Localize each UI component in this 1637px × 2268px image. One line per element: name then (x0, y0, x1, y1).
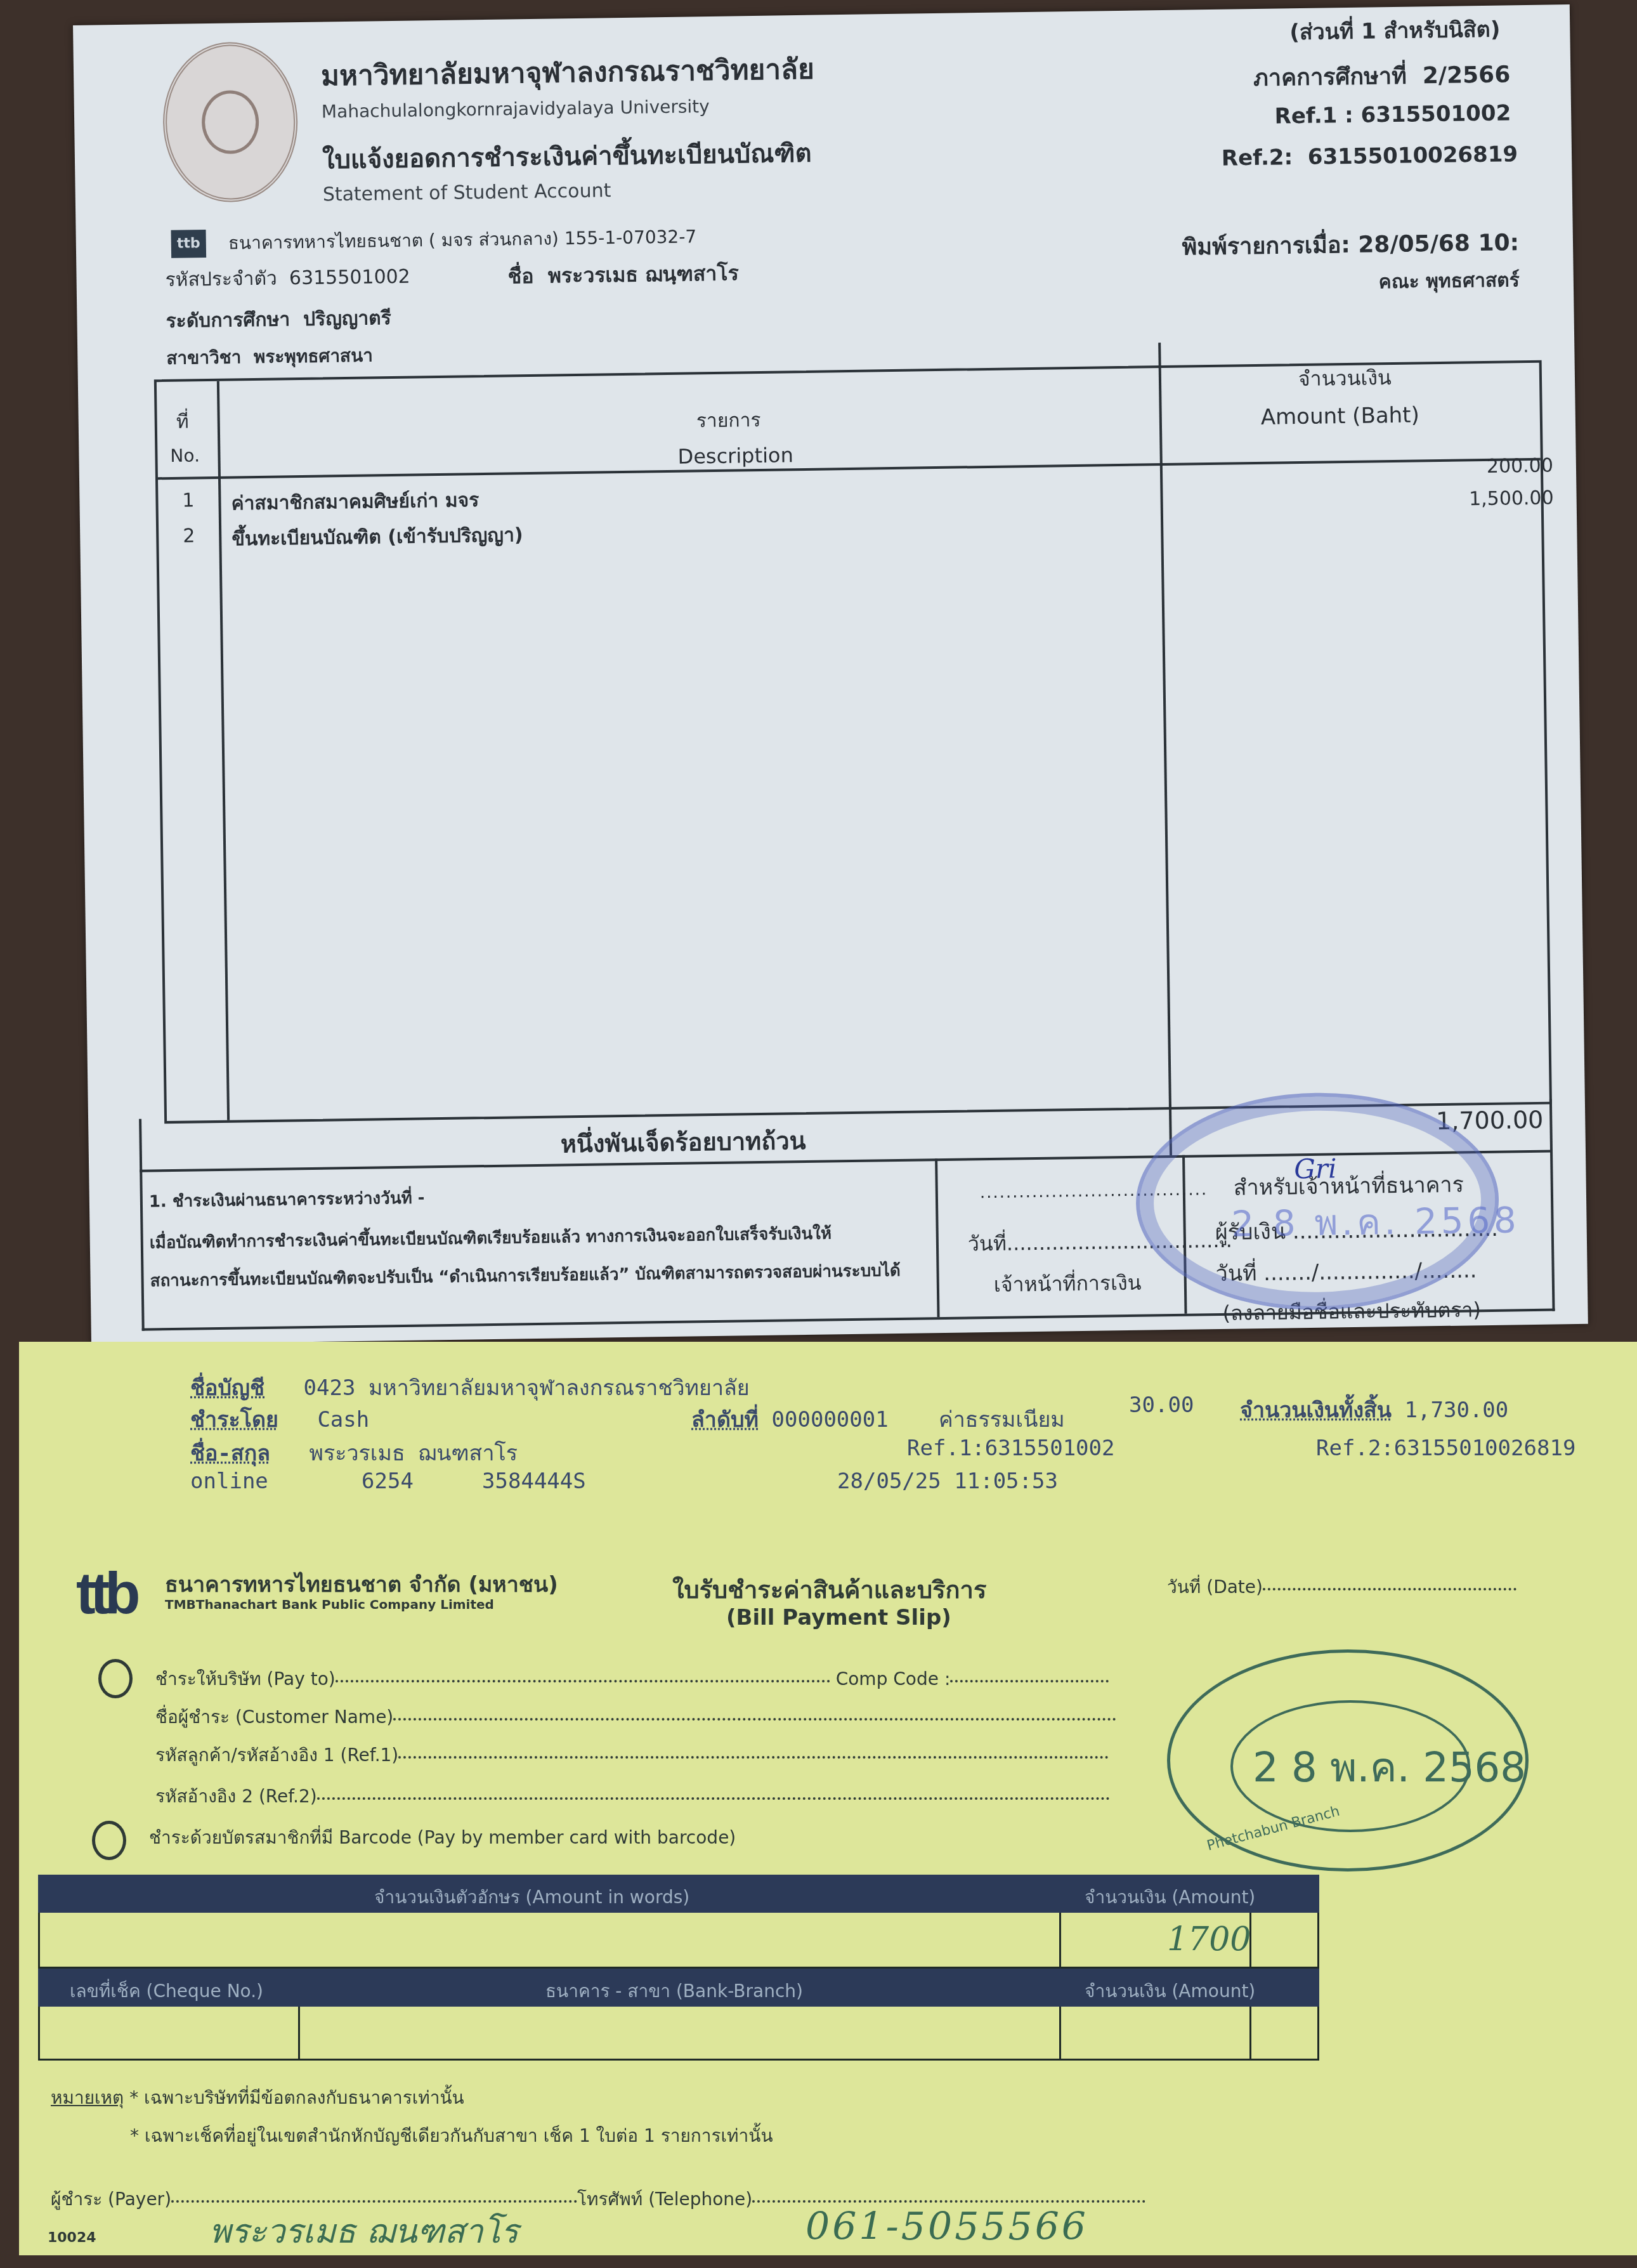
bank-stamp-date: 2 8 พ.ค. 2568 (1231, 1191, 1520, 1252)
printed-total: จำนวนเงินทั้งสิ้น 1,730.00 (1240, 1393, 1508, 1427)
major: สาขาวิชา พระพุทธศาสนา (166, 341, 373, 372)
header-desc-th: รายการ (696, 405, 760, 436)
amount-header: จำนวนเงิน (Amount) (1085, 1884, 1255, 1911)
printed-sequence: ลำดับที่ 000000001 (691, 1402, 889, 1436)
printed-fee-label: ค่าธรรมเนียม (939, 1402, 1065, 1436)
receiver-signature: Gri (1294, 1153, 1337, 1184)
member-card-radio[interactable] (92, 1821, 126, 1860)
slip-title-th: ใบรับชำระค่าสินค้าและบริการ (672, 1570, 986, 1609)
bank-name-en: TMBThanachart Bank Public Company Limite… (165, 1597, 494, 1612)
remark-2: * เฉพาะเช็คที่อยู่ในเขตสำนักหักบัญชีเดีย… (130, 2122, 773, 2150)
total-in-words: หนึ่งพันเจ็ดร้อยบาทถ้วน (560, 1121, 806, 1163)
telephone-handwritten: 061-5055566 (805, 2205, 1088, 2249)
amount-words-header: จำนวนเงินตัวอักษร (Amount in words) (374, 1884, 689, 1911)
pay-to-field[interactable]: ชำระให้บริษัท (Pay to) Comp Code : (155, 1665, 1109, 1693)
ref1: Ref.1 : 6315501002 (1274, 100, 1511, 129)
remark-1: หมายเหตุ * เฉพาะบริษัทที่มีข้อตกลงกับธนา… (51, 2084, 464, 2112)
remark-label: หมายเหตุ (51, 2087, 124, 2108)
header-amount-th: จำนวนเงิน (1298, 362, 1392, 395)
row-amount: 1,500.00 (1469, 487, 1554, 510)
semester-value: 2/2566 (1423, 62, 1511, 89)
statement-title-th: ใบแจ้งยอดการชำระเงินค่าขึ้นทะเบียนบัณฑิต (322, 133, 812, 180)
copy-part-label: (ส่วนที่ 1 สำหรับนิสิต) (1289, 12, 1501, 49)
major-label: สาขาวิชา (166, 346, 242, 369)
semester: ภาคการศึกษาที่ 2/2566 (1253, 56, 1511, 96)
fee-table: ที่ No. รายการ Description จำนวนเงิน Amo… (154, 360, 1552, 1124)
row-description: ขึ้นทะเบียนบัณฑิต (เข้ารับปริญญา) (232, 520, 523, 554)
pay-to-company-radio[interactable] (98, 1659, 133, 1698)
ref2: Ref.2: 63155010026819 (1222, 141, 1518, 171)
faculty-value: พุทธศาสตร์ (1426, 269, 1520, 292)
semester-label: ภาคการศึกษาที่ (1253, 63, 1407, 91)
payment-note: เมื่อบัณฑิตทำการชำระเงินค่าขึ้นทะเบียนบั… (150, 1220, 832, 1255)
university-name-th: มหาวิทยาลัยมหาจุฬาลงกรณราชวิทยาลัย (321, 47, 815, 98)
payer-label: ผู้ชำระ (Payer) (51, 2189, 171, 2210)
ref2-label: Ref.2: (1222, 145, 1293, 171)
education-level-value: ปริญญาตรี (303, 307, 391, 331)
student-name-label: ชื่อ (507, 264, 533, 289)
printed-teller: 3584444S (482, 1469, 586, 1494)
member-card-label: ชำระด้วยบัตรสมาชิกที่มี Barcode (Pay by … (149, 1824, 736, 1852)
ttb-logo-icon: ttb (76, 1561, 135, 1627)
payment-note: 1. ชำระเงินผ่านธนาคารระหว่างวันที่ - (149, 1184, 425, 1214)
header-amount-en: Amount (Baht) (1261, 402, 1420, 429)
row-description: ค่าสมาชิกสมาคมศิษย์เก่า มจร (231, 485, 479, 518)
ttb-logo-icon: ttb (171, 230, 207, 258)
ref2-value: 63155010026819 (1308, 141, 1518, 170)
row-no: 2 (183, 525, 195, 547)
printed-ref1: Ref.1:6315501002 (907, 1436, 1115, 1461)
payer-handwritten: พระวรเมธ ฌนฑสาโร (209, 2205, 519, 2257)
ref2-field[interactable]: รหัสอ้างอิง 2 (Ref.2) (155, 1783, 1110, 1811)
slip-date-field[interactable]: วันที่ (Date) (1167, 1573, 1516, 1601)
printed-channel: online (190, 1469, 268, 1494)
header-desc-en: Description (677, 443, 793, 469)
printed-ref2: Ref.2:63155010026819 (1316, 1436, 1575, 1461)
printed-value: 28/05/68 10: (1358, 230, 1519, 258)
education-level-label: ระดับการศึกษา (166, 308, 290, 332)
university-seal-icon (162, 41, 298, 203)
cheque-no-header: เลขที่เช็ค (Cheque No.) (70, 1977, 263, 2005)
pay-to-label: ชำระให้บริษัท (Pay to) (155, 1668, 336, 1689)
form-number: 10024 (48, 2230, 96, 2246)
student-account-statement: มหาวิทยาลัยมหาจุฬาลงกรณราชวิทยาลัย Mahac… (73, 4, 1588, 1345)
customer-name-label: ชื่อผู้ชำระ (Customer Name) (155, 1707, 393, 1727)
ref1-label: รหัสลูกค้า/รหัสอ้างอิง 1 (Ref.1) (155, 1745, 398, 1766)
university-name-en: Mahachulalongkornrajavidyalaya Universit… (322, 96, 710, 122)
customer-name-field[interactable]: ชื่อผู้ชำระ (Customer Name) (155, 1703, 1116, 1731)
row-no: 1 (182, 489, 195, 511)
printed-account: ชื่อบัญชี 0423 มหาวิทยาลัยมหาจุฬาลงกรณรา… (190, 1370, 750, 1405)
header-no-en: No. (170, 445, 200, 466)
comp-code-label: Comp Code : (836, 1668, 951, 1689)
student-name-value: พระวรเมธ ฌนฺฑสาโร (548, 261, 739, 287)
student-name: ชื่อ พระวรเมธ ฌนฺฑสาโร (507, 257, 739, 292)
major-value: พระพุทธศาสนา (254, 344, 373, 367)
faculty-label: คณะ (1378, 270, 1419, 293)
amount-table: จำนวนเงินตัวอักษร (Amount in words) จำนว… (38, 1875, 1319, 2106)
printed-fee: 30.00 (1129, 1393, 1194, 1418)
student-id-value: 6315501002 (289, 266, 410, 290)
printed-branch: 6254 (362, 1469, 414, 1494)
ref2-label: รหัสอ้างอิง 2 (Ref.2) (155, 1786, 317, 1807)
bank-account: ธนาคารทหารไทยธนชาต ( มจร ส่วนกลาง) 155-1… (228, 223, 697, 257)
printed-label: พิมพ์รายการเมื่อ: (1182, 232, 1350, 261)
header-no-th: ที่ (176, 407, 188, 437)
stamp-date: 2 8 พ.ค. 2568 (1253, 1735, 1526, 1800)
telephone-label: โทรศัพท์ (Telephone) (577, 2189, 752, 2210)
statement-title-en: Statement of Student Account (323, 180, 611, 206)
cheque-header-bar: เลขที่เช็ค (Cheque No.) ธนาคาร - สาขา (B… (38, 1969, 1319, 2007)
amount-words-input[interactable] (38, 1913, 1319, 1969)
amount-header-2: จำนวนเงิน (Amount) (1085, 1977, 1255, 2005)
slip-date-label: วันที่ (Date) (1167, 1576, 1263, 1597)
amount-handwritten: 1700 (1167, 1920, 1251, 1958)
row-amount: 200.00 (1487, 454, 1553, 477)
amount-header-bar: จำนวนเงินตัวอักษร (Amount in words) จำนว… (38, 1875, 1319, 1913)
student-id-label: รหัสประจำตัว (165, 268, 277, 291)
ref1-value: 6315501002 (1360, 100, 1511, 128)
ref1-label: Ref.1 : (1274, 103, 1353, 129)
slip-title-en: (Bill Payment Slip) (726, 1605, 951, 1630)
ref1-field[interactable]: รหัสลูกค้า/รหัสอ้างอิง 1 (Ref.1) (155, 1741, 1109, 1769)
bank-name-th: ธนาคารทหารไทยธนชาต จำกัด (มหาชน) (165, 1567, 558, 1601)
printed-paid-by: ชำระโดย Cash (190, 1402, 369, 1436)
bank-branch-header: ธนาคาร - สาขา (Bank-Branch) (545, 1977, 803, 2005)
printed-timestamp: 28/05/25 11:05:53 (837, 1469, 1058, 1494)
finance-officer-label: เจ้าหน้าที่การเงิน (994, 1267, 1142, 1301)
student-id: รหัสประจำตัว 6315501002 (165, 262, 410, 295)
cheque-input-row[interactable] (38, 2007, 1319, 2061)
education-level: ระดับการศึกษา ปริญญาตรี (166, 303, 391, 336)
faculty: คณะ พุทธศาสตร์ (1378, 265, 1520, 297)
printed-fullname: ชื่อ-สกุล พระวรเมธ ฌนฑสาโร (190, 1436, 518, 1470)
printed-at: พิมพ์รายการเมื่อ: 28/05/68 10: (1182, 224, 1519, 265)
payment-note: สถานะการขึ้นทะเบียนบัณฑิตจะปรับเป็น “ดำเ… (150, 1257, 901, 1294)
